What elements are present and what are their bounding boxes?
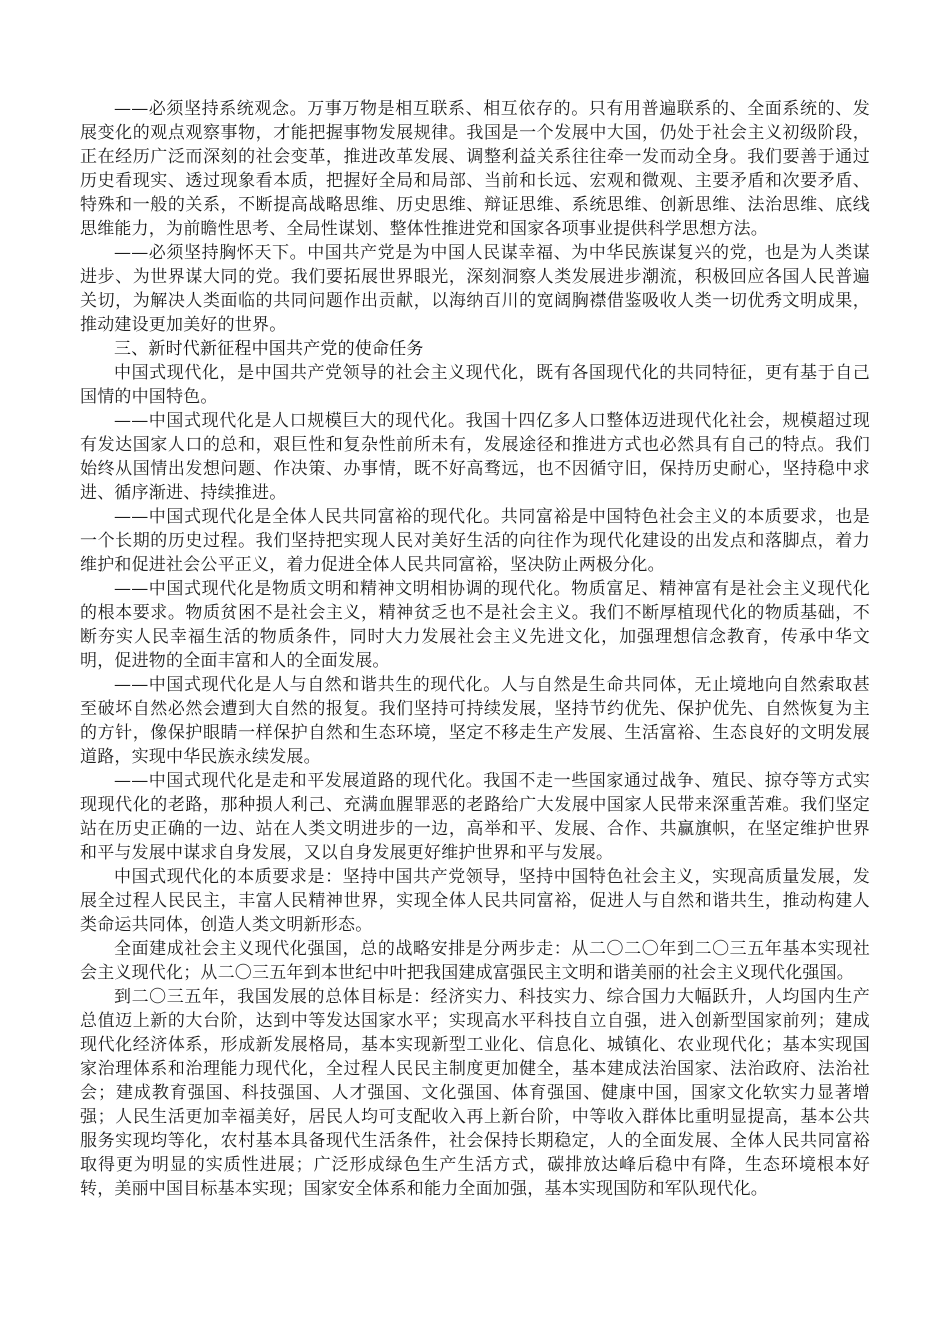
paragraph-peaceful-development: ——中国式现代化是走和平发展道路的现代化。我国不走一些国家通过战争、殖民、掠夺等… (80, 769, 870, 865)
paragraph-two-step-strategy: 全面建成社会主义现代化强国，总的战略安排是分两步走：从二〇二〇年到二〇三五年基本… (80, 937, 870, 985)
paragraph-system-concept: ——必须坚持系统观念。万事万物是相互联系、相互依存的。只有用普遍联系的、全面系统… (80, 97, 870, 241)
paragraph-modernization-intro: 中国式现代化，是中国共产党领导的社会主义现代化，既有各国现代化的共同特征，更有基… (80, 361, 870, 409)
paragraph-harmony-with-nature: ——中国式现代化是人与自然和谐共生的现代化。人与自然是生命共同体，无止境地向自然… (80, 673, 870, 769)
paragraph-worldview: ——必须坚持胸怀天下。中国共产党是为中国人民谋幸福、为中华民族谋复兴的党，也是为… (80, 241, 870, 337)
section-heading-mission-tasks: 三、新时代新征程中国共产党的使命任务 (80, 337, 870, 361)
paragraph-2035-goals: 到二〇三五年，我国发展的总体目标是：经济实力、科技实力、综合国力大幅跃升，人均国… (80, 985, 870, 1201)
paragraph-large-population: ——中国式现代化是人口规模巨大的现代化。我国十四亿多人口整体迈进现代化社会，规模… (80, 409, 870, 505)
paragraph-essential-requirements: 中国式现代化的本质要求是：坚持中国共产党领导，坚持中国特色社会主义，实现高质量发… (80, 865, 870, 937)
document-page: ——必须坚持系统观念。万事万物是相互联系、相互依存的。只有用普遍联系的、全面系统… (0, 0, 950, 1344)
paragraph-material-spiritual: ——中国式现代化是物质文明和精神文明相协调的现代化。物质富足、精神富有是社会主义… (80, 577, 870, 673)
paragraph-common-prosperity: ——中国式现代化是全体人民共同富裕的现代化。共同富裕是中国特色社会主义的本质要求… (80, 505, 870, 577)
